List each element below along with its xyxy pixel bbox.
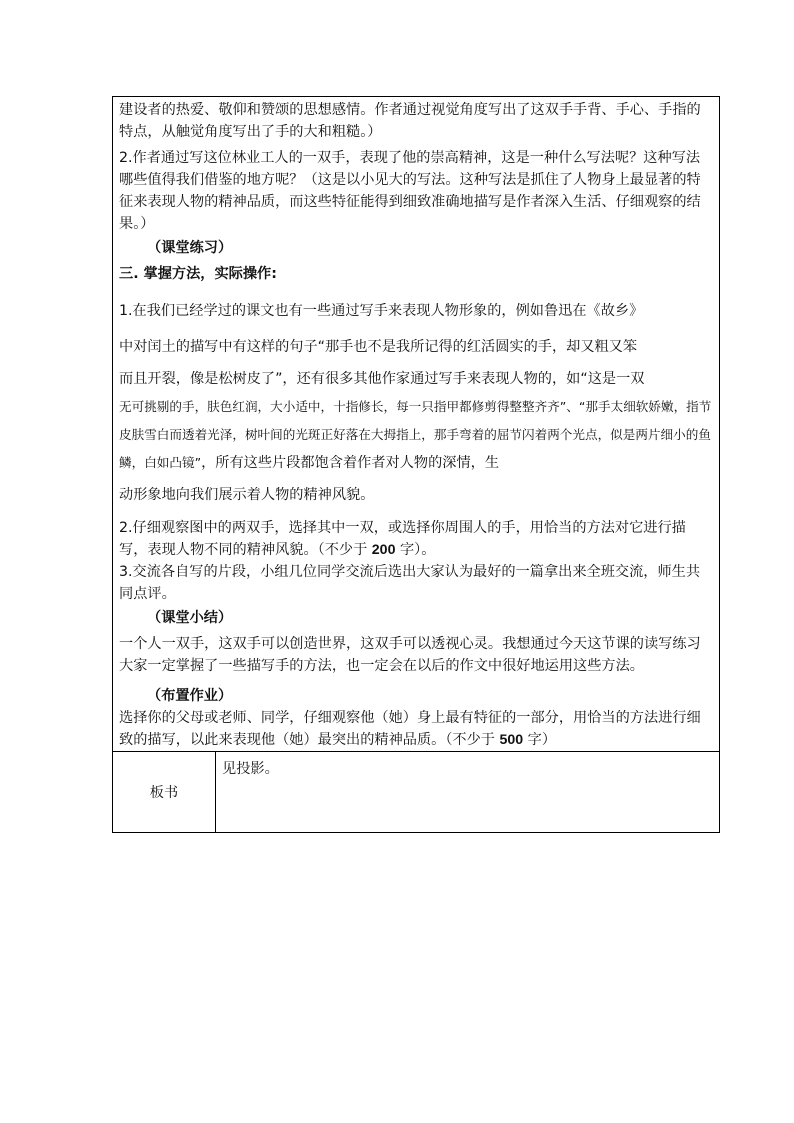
- item-1-last-line: 动形象地向我们展示着人物的精神风貌。: [119, 477, 713, 513]
- homework-word-count: 500: [499, 732, 523, 748]
- item-1-tail: ，所有这些片段都饱含着作者对人物的深情，生: [201, 455, 499, 471]
- board-label: 板书: [113, 752, 216, 832]
- practice-item-1: 1.在我们已经学过的课文也有一些通过写手来表现人物形象的，例如鲁迅在《故乡》 中…: [119, 293, 713, 513]
- board-row: 板书 见投影。: [113, 751, 719, 832]
- practice-item-2: 2.仔细观察图中的两双手，选择其中一双，或选择你周围人的手，用恰当的方法对它进行…: [119, 517, 713, 561]
- analysis-paragraph-end: 建设者的热爱、敬仰和赞颂的思想感情。作者通过视觉角度写出了这双手手背、手心、手指…: [119, 99, 713, 143]
- summary-paragraph: 一个人一双手，这双手可以创造世界，这双手可以透视心灵。我想通过今天这节课的读写练…: [119, 633, 713, 677]
- question-2-paragraph: 2.作者通过写这位林业工人的一双手，表现了他的崇高精神，这是一种什么写法呢？这种…: [119, 147, 713, 235]
- homework-text: 选择你的父母或老师、同学，仔细观察他（她）身上最有特征的一部分，用恰当的方法进行…: [119, 710, 701, 748]
- heading-homework: （布置作业）: [119, 685, 713, 707]
- item-2-suffix: 字）。: [395, 542, 435, 558]
- heading-section-3: 三. 掌握方法，实际操作:: [119, 263, 713, 285]
- homework-paragraph: 选择你的父母或老师、同学，仔细观察他（她）身上最有特征的一部分，用恰当的方法进行…: [119, 707, 713, 751]
- item-1-line-1: 1.在我们已经学过的课文也有一些通过写手来表现人物形象的，例如鲁迅在《故乡》: [119, 293, 713, 329]
- board-content: 见投影。: [216, 752, 719, 832]
- teaching-process-cell: 建设者的热爱、敬仰和赞颂的思想感情。作者通过视觉角度写出了这双手手背、手心、手指…: [113, 97, 719, 751]
- item-1-line-2: 中对闰土的描写中有这样的句子“那手也不是我所记得的红活圆实的手，却又粗又笨: [119, 329, 713, 365]
- practice-item-3: 3.交流各自写的片段，小组几位同学交流后选出大家认为最好的一篇拿出来全班交流，师…: [119, 561, 713, 605]
- homework-suffix: 字）: [523, 732, 556, 748]
- item-1-quotes: 无可挑剔的手，肤色红润，大小适中，十指修长，每一只指甲都修剪得整整齐齐”、“那手…: [119, 393, 713, 477]
- item-1-line-3: 而且开裂，像是松树皮了”，还有很多其他作家通过写手来表现人物的，如“这是一双: [119, 365, 713, 393]
- item-2-word-count: 200: [372, 542, 396, 558]
- heading-class-summary: （课堂小结）: [119, 607, 713, 629]
- lesson-plan-table: 建设者的热爱、敬仰和赞颂的思想感情。作者通过视觉角度写出了这双手手背、手心、手指…: [112, 96, 720, 833]
- heading-class-practice: （课堂练习）: [119, 237, 713, 259]
